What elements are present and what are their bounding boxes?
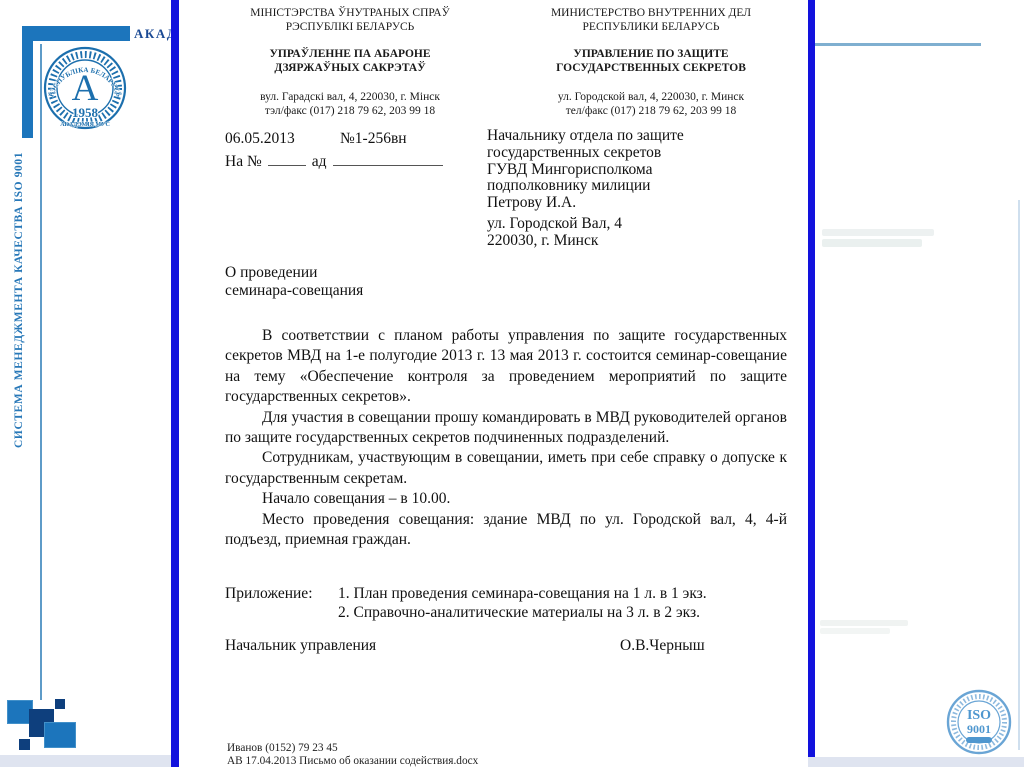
body-paragraph: Начало совещания – в 10.00.	[225, 489, 787, 509]
iso-9001-seal: ISO 9001	[945, 688, 1013, 756]
document-left-border	[171, 0, 179, 767]
subject-block: О проведении семинара-совещания	[225, 264, 525, 299]
bottom-strip-left	[0, 755, 171, 767]
body-paragraph: Для участия в совещании прошу командиров…	[225, 408, 787, 449]
signature-row: Начальник управления О.В.Черныш	[225, 637, 787, 655]
dept-name-line: ГОСУДАРСТВЕННЫХ СЕКРЕТОВ	[520, 62, 782, 76]
file-reference: АВ 17.04.2013 Письмо об оказании содейст…	[227, 755, 647, 767]
attachments-list: 1. План проведения семинара-совещания на…	[338, 584, 707, 622]
subject-line: семинара-совещания	[225, 282, 525, 300]
reply-date-blank	[333, 152, 443, 166]
org-name-line: МИНИСТЕРСТВО ВНУТРЕННИХ ДЕЛ	[520, 7, 782, 21]
recipient-line: ул. Городской Вал, 4	[487, 216, 787, 233]
recipient-line: ГУВД Мингорисполкома	[487, 162, 787, 179]
bottom-strip-right	[808, 757, 1024, 767]
iso-vertical-text: СИСТЕМА МЕНЕДЖМЕНТА КАЧЕСТВА ISO 9001	[13, 140, 35, 448]
ghost-text-block-2	[822, 239, 922, 247]
letter-date: 06.05.2013	[225, 130, 295, 147]
body-paragraph: В соответствии с планом работы управлени…	[225, 326, 787, 408]
org-name-line: МІНІСТЭРСТВА ЎНУТРАНЫХ СПРАЎ	[220, 7, 480, 21]
reference-line-1: 06.05.2013 №1-256вн	[225, 130, 485, 148]
address-line: вул. Гарадскі вал, 4, 220030, г. Мінск	[220, 91, 480, 105]
body-paragraph: Место проведения совещания: здание МВД п…	[225, 510, 787, 551]
dept-name-line: УПРАЎЛЕННЕ ПА АБАРОНЕ	[220, 48, 480, 62]
signer-name: О.В.Черныш	[620, 637, 705, 655]
seal-iso-text: ISO	[967, 708, 991, 723]
recipient-line: подполковнику милиции	[487, 178, 787, 195]
emblem-arc-bottom-text: АКАДЭМІЯ МУС	[60, 122, 110, 128]
letterhead-russian: МИНИСТЕРСТВО ВНУТРЕННИХ ДЕЛ РЕСПУБЛИКИ Б…	[520, 7, 782, 118]
address-line: тел/факс (017) 218 79 62, 203 99 18	[520, 105, 782, 119]
emblem-year: 1958	[72, 105, 99, 120]
deco-square-dark-small-bottom	[19, 739, 30, 750]
top-right-rule	[815, 43, 981, 46]
dept-name-line: УПРАВЛЕНИЕ ПО ЗАЩИТЕ	[520, 48, 782, 62]
org-name-line: РЕСПУБЛИКИ БЕЛАРУСЬ	[520, 21, 782, 35]
ghost-text-block-3	[820, 620, 908, 626]
sidebar-horizontal-bar	[22, 26, 130, 41]
org-name-line: РЭСПУБЛІКІ БЕЛАРУСЬ	[220, 21, 480, 35]
signer-position: Начальник управления	[225, 637, 376, 654]
body-paragraph: Сотрудникам, участвующим в совещании, им…	[225, 448, 787, 489]
reply-conjunction: ад	[312, 153, 327, 170]
recipient-line: государственных секретов	[487, 145, 787, 162]
subject-line: О проведении	[225, 264, 525, 282]
address-line: ул. Городской вал, 4, 220030, г. Минск	[520, 91, 782, 105]
executor-footer: Иванов (0152) 79 23 45 АВ 17.04.2013 Пис…	[227, 742, 647, 767]
recipient-block: Начальнику отдела по защите государствен…	[487, 128, 787, 250]
academy-emblem: РЭСПУБЛІКА БЕЛАРУСЬ А 1958 АКАДЭМІЯ МУС	[42, 45, 128, 131]
reference-line-2: На №ад	[225, 152, 485, 171]
seal-9001-text: 9001	[967, 722, 991, 736]
reply-number-blank	[268, 152, 306, 166]
right-edge-line	[1018, 200, 1020, 750]
seal-bottom-banner	[966, 737, 992, 743]
attachments-label: Приложение:	[225, 584, 338, 622]
recipient-line: Петрову И.А.	[487, 195, 787, 212]
recipient-line: 220030, г. Минск	[487, 233, 787, 250]
letter-number: №1-256вн	[340, 130, 407, 148]
sidebar-vertical-bar	[22, 26, 33, 138]
slide: АКАДЕМИЯ РЭСПУБЛІКА БЕЛАРУСЬ А 1958 АКАД…	[0, 0, 1024, 767]
attachment-item: 2. Справочно-аналитические материалы на …	[338, 603, 707, 622]
address-line: тэл/факс (017) 218 79 62, 203 99 18	[220, 105, 480, 119]
document-right-border	[808, 0, 815, 757]
executor-phone: Иванов (0152) 79 23 45	[227, 742, 647, 755]
sidebar-thin-line	[40, 44, 42, 700]
letter-body: В соответствии с планом работы управлени…	[225, 326, 787, 550]
reference-block: 06.05.2013 №1-256вн На №ад	[225, 130, 485, 171]
deco-square-light-2	[44, 722, 76, 748]
dept-name-line: ДЗЯРЖАЎНЫХ САКРЭТАЎ	[220, 62, 480, 76]
ghost-text-block-1	[822, 229, 934, 236]
deco-square-dark-small-top	[55, 699, 65, 709]
ghost-text-block-4	[820, 628, 890, 634]
emblem-letter: А	[72, 68, 99, 109]
reply-label: На №	[225, 153, 262, 170]
recipient-line: Начальнику отдела по защите	[487, 128, 787, 145]
letterhead-belarusian: МІНІСТЭРСТВА ЎНУТРАНЫХ СПРАЎ РЭСПУБЛІКІ …	[220, 7, 480, 118]
attachment-item: 1. План проведения семинара-совещания на…	[338, 584, 707, 603]
attachments-block: Приложение: 1. План проведения семинара-…	[225, 584, 791, 622]
